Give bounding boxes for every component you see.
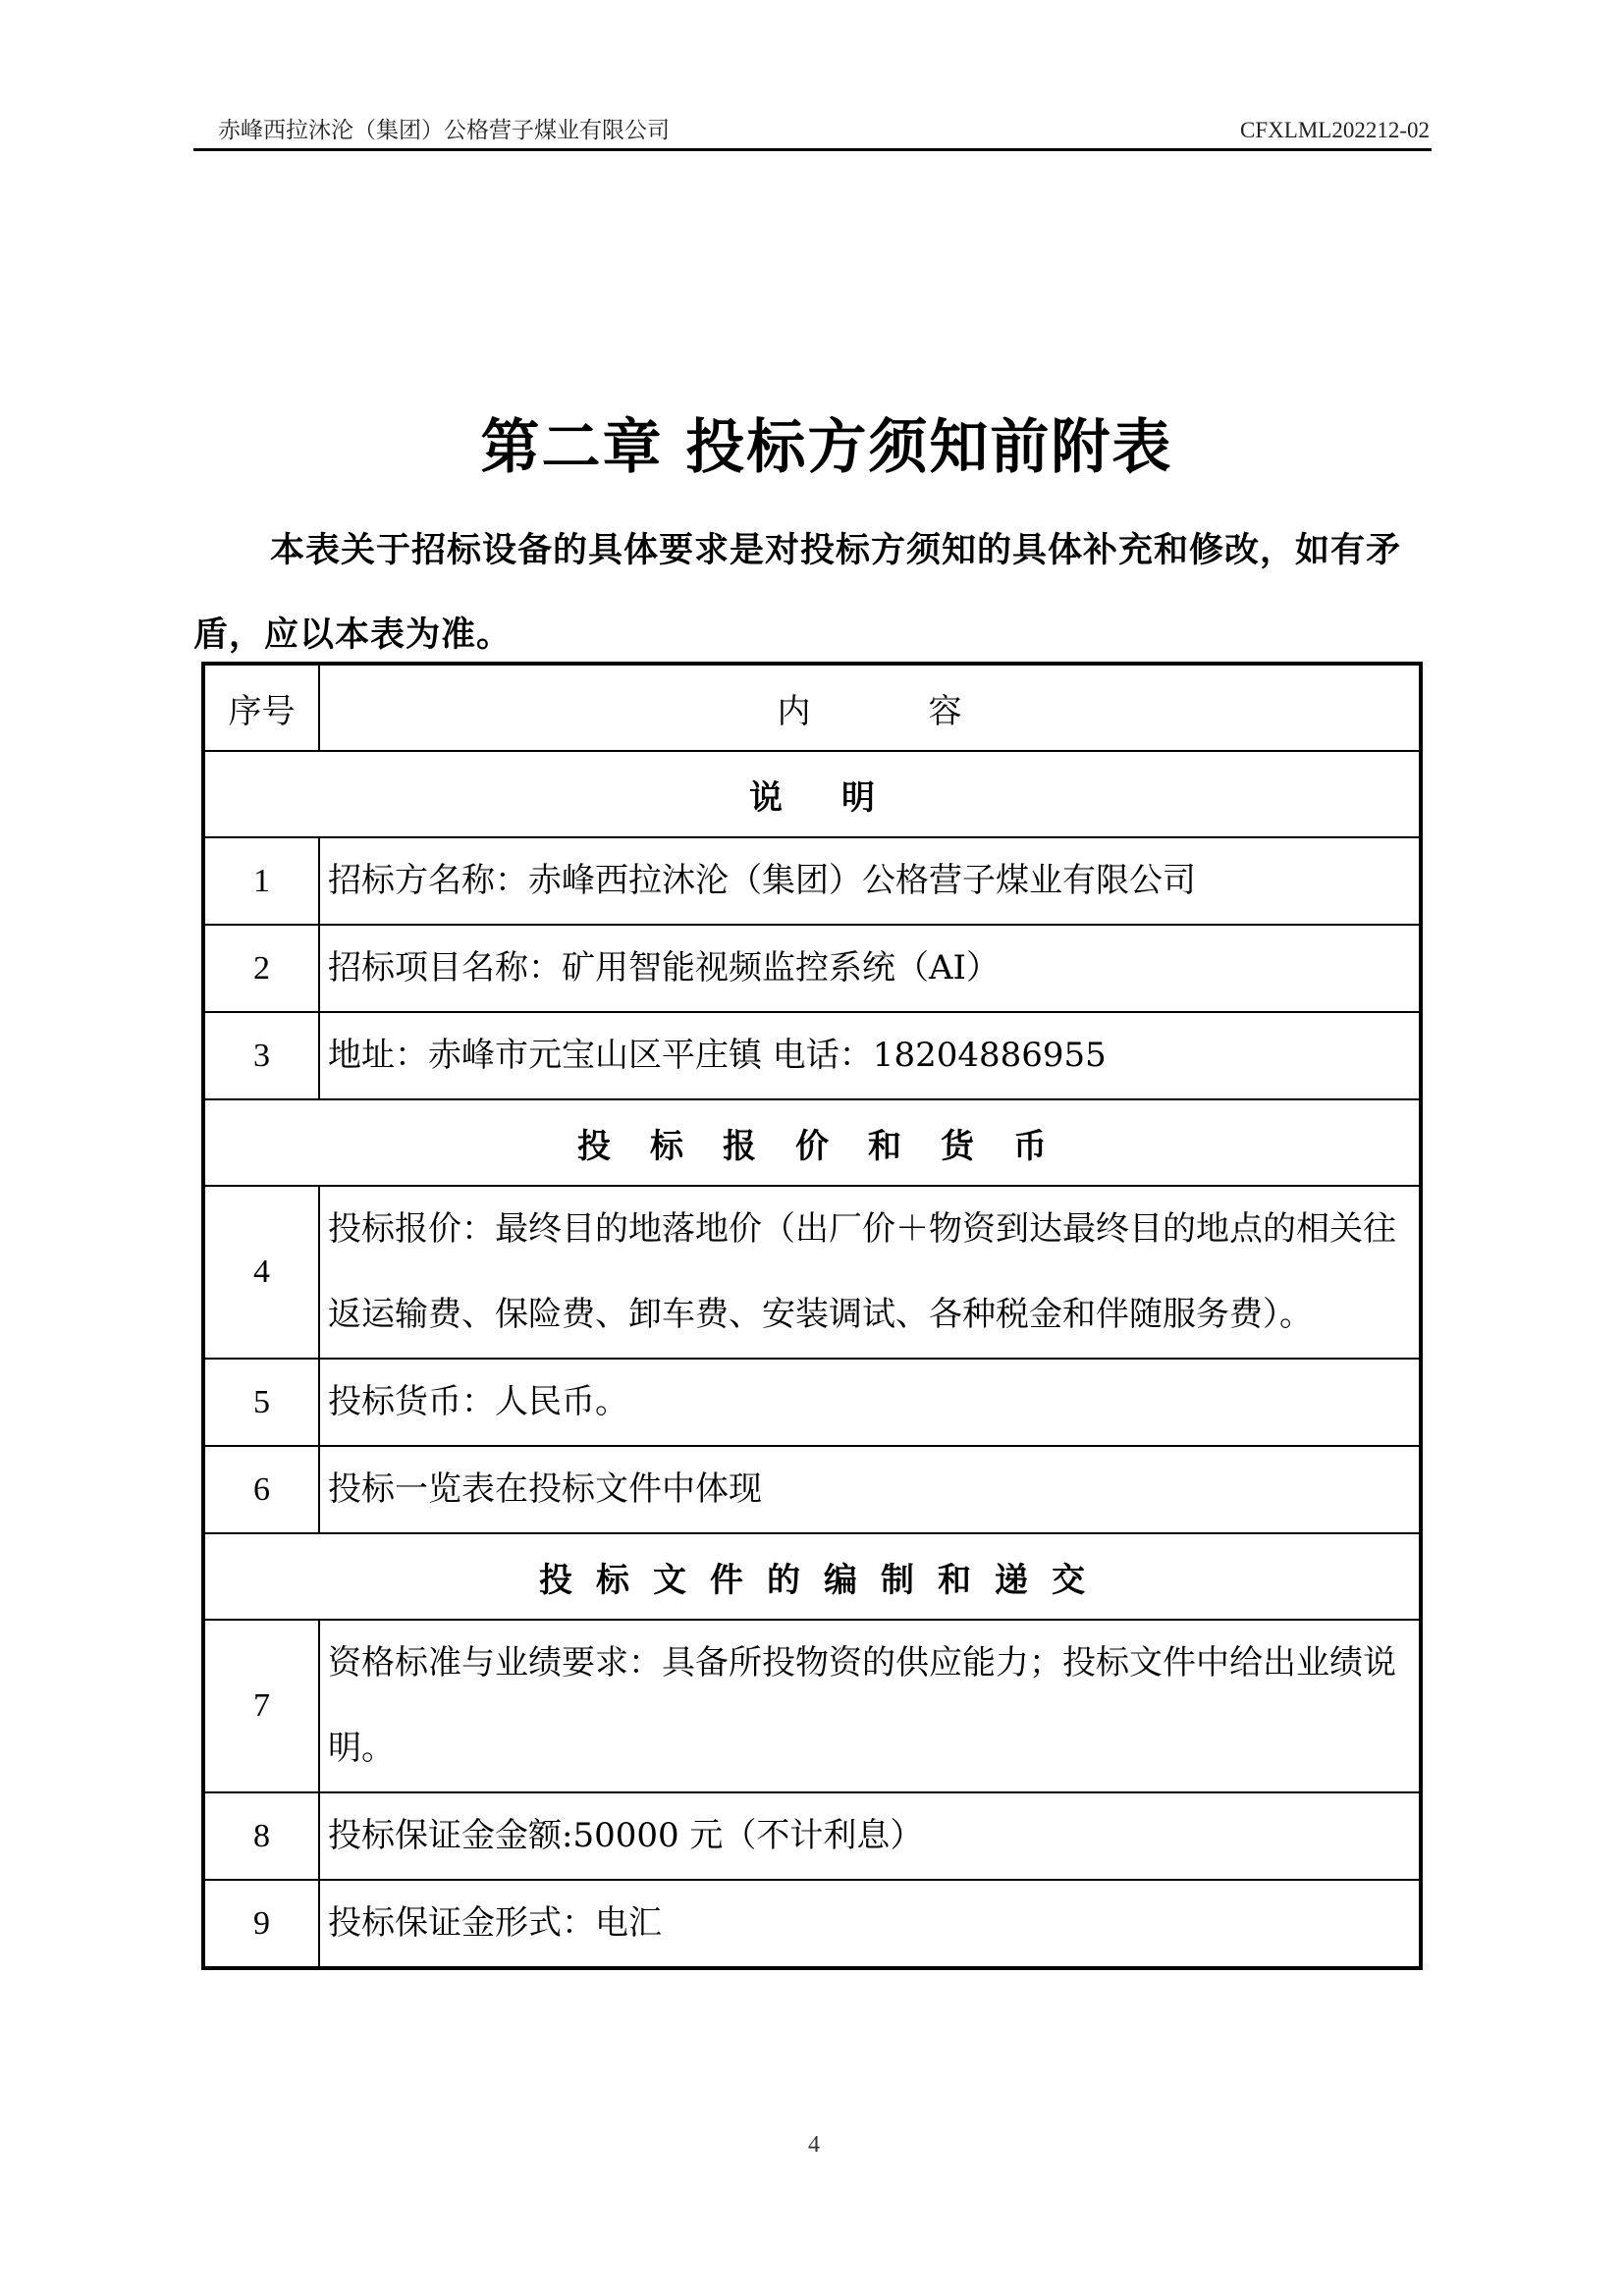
table-row: 2 招标项目名称：矿用智能视频监控系统（AI） xyxy=(203,925,1421,1012)
table-row: 8 投标保证金金额:50000 元（不计利息） xyxy=(203,1792,1421,1880)
header-divider xyxy=(193,148,1432,151)
row-content: 投标保证金形式：电汇 xyxy=(319,1880,1421,1968)
table-row: 7 资格标准与业绩要求：具备所投物资的供应能力；投标文件中给出业绩说明。 xyxy=(203,1620,1421,1792)
page-title: 第二章 投标方须知前附表 xyxy=(0,410,1624,485)
table-row: 5 投标货币：人民币。 xyxy=(203,1359,1421,1446)
table-row: 6 投标一览表在投标文件中体现 xyxy=(203,1446,1421,1533)
section-header-row: 投标报价和货币 xyxy=(203,1099,1421,1186)
section-title: 投标文件的编制和递交 xyxy=(203,1533,1421,1620)
table-header-row: 序号 内容 xyxy=(203,664,1421,751)
table-row: 1 招标方名称：赤峰西拉沐沦（集团）公格营子煤业有限公司 xyxy=(203,837,1421,925)
row-content: 投标一览表在投标文件中体现 xyxy=(319,1446,1421,1533)
table-row: 9 投标保证金形式：电汇 xyxy=(203,1880,1421,1968)
row-content: 招标方名称：赤峰西拉沐沦（集团）公格营子煤业有限公司 xyxy=(319,837,1421,925)
table-row: 3 地址：赤峰市元宝山区平庄镇 电话：18204886955 xyxy=(203,1012,1421,1099)
table-row: 4 投标报价：最终目的地落地价（出厂价＋物资到达最终目的地点的相关往返运输费、保… xyxy=(203,1186,1421,1359)
bidder-instructions-table: 序号 内容 说明 1 招标方名称：赤峰西拉沐沦（集团）公格营子煤业有限公司 2 … xyxy=(201,662,1423,1970)
section-title: 说明 xyxy=(203,751,1421,837)
row-number: 7 xyxy=(203,1620,319,1792)
row-content: 投标保证金金额:50000 元（不计利息） xyxy=(319,1792,1421,1880)
row-content: 投标货币：人民币。 xyxy=(319,1359,1421,1446)
section-title: 投标报价和货币 xyxy=(203,1099,1421,1186)
row-number: 1 xyxy=(203,837,319,925)
row-content: 投标报价：最终目的地落地价（出厂价＋物资到达最终目的地点的相关往返运输费、保险费… xyxy=(319,1186,1421,1359)
row-number: 8 xyxy=(203,1792,319,1880)
header-document-code: CFXLML202212-02 xyxy=(1240,116,1430,145)
section-header-row: 说明 xyxy=(203,751,1421,837)
row-number: 5 xyxy=(203,1359,319,1446)
row-number: 4 xyxy=(203,1186,319,1359)
row-content: 资格标准与业绩要求：具备所投物资的供应能力；投标文件中给出业绩说明。 xyxy=(319,1620,1421,1792)
row-number: 9 xyxy=(203,1880,319,1968)
row-number: 6 xyxy=(203,1446,319,1533)
section-header-row: 投标文件的编制和递交 xyxy=(203,1533,1421,1620)
row-content: 地址：赤峰市元宝山区平庄镇 电话：18204886955 xyxy=(319,1012,1421,1099)
row-number: 3 xyxy=(203,1012,319,1099)
column-header-content: 内容 xyxy=(319,664,1421,751)
row-number: 2 xyxy=(203,925,319,1012)
page-number: 4 xyxy=(0,2132,1624,2159)
column-header-number: 序号 xyxy=(203,664,319,751)
row-content: 招标项目名称：矿用智能视频监控系统（AI） xyxy=(319,925,1421,1012)
intro-paragraph: 本表关于招标设备的具体要求是对投标方须知的具体补充和修改，如有矛盾，应以本表为准… xyxy=(193,508,1431,677)
header-company-name: 赤峰西拉沐沦（集团）公格营子煤业有限公司 xyxy=(218,116,670,145)
